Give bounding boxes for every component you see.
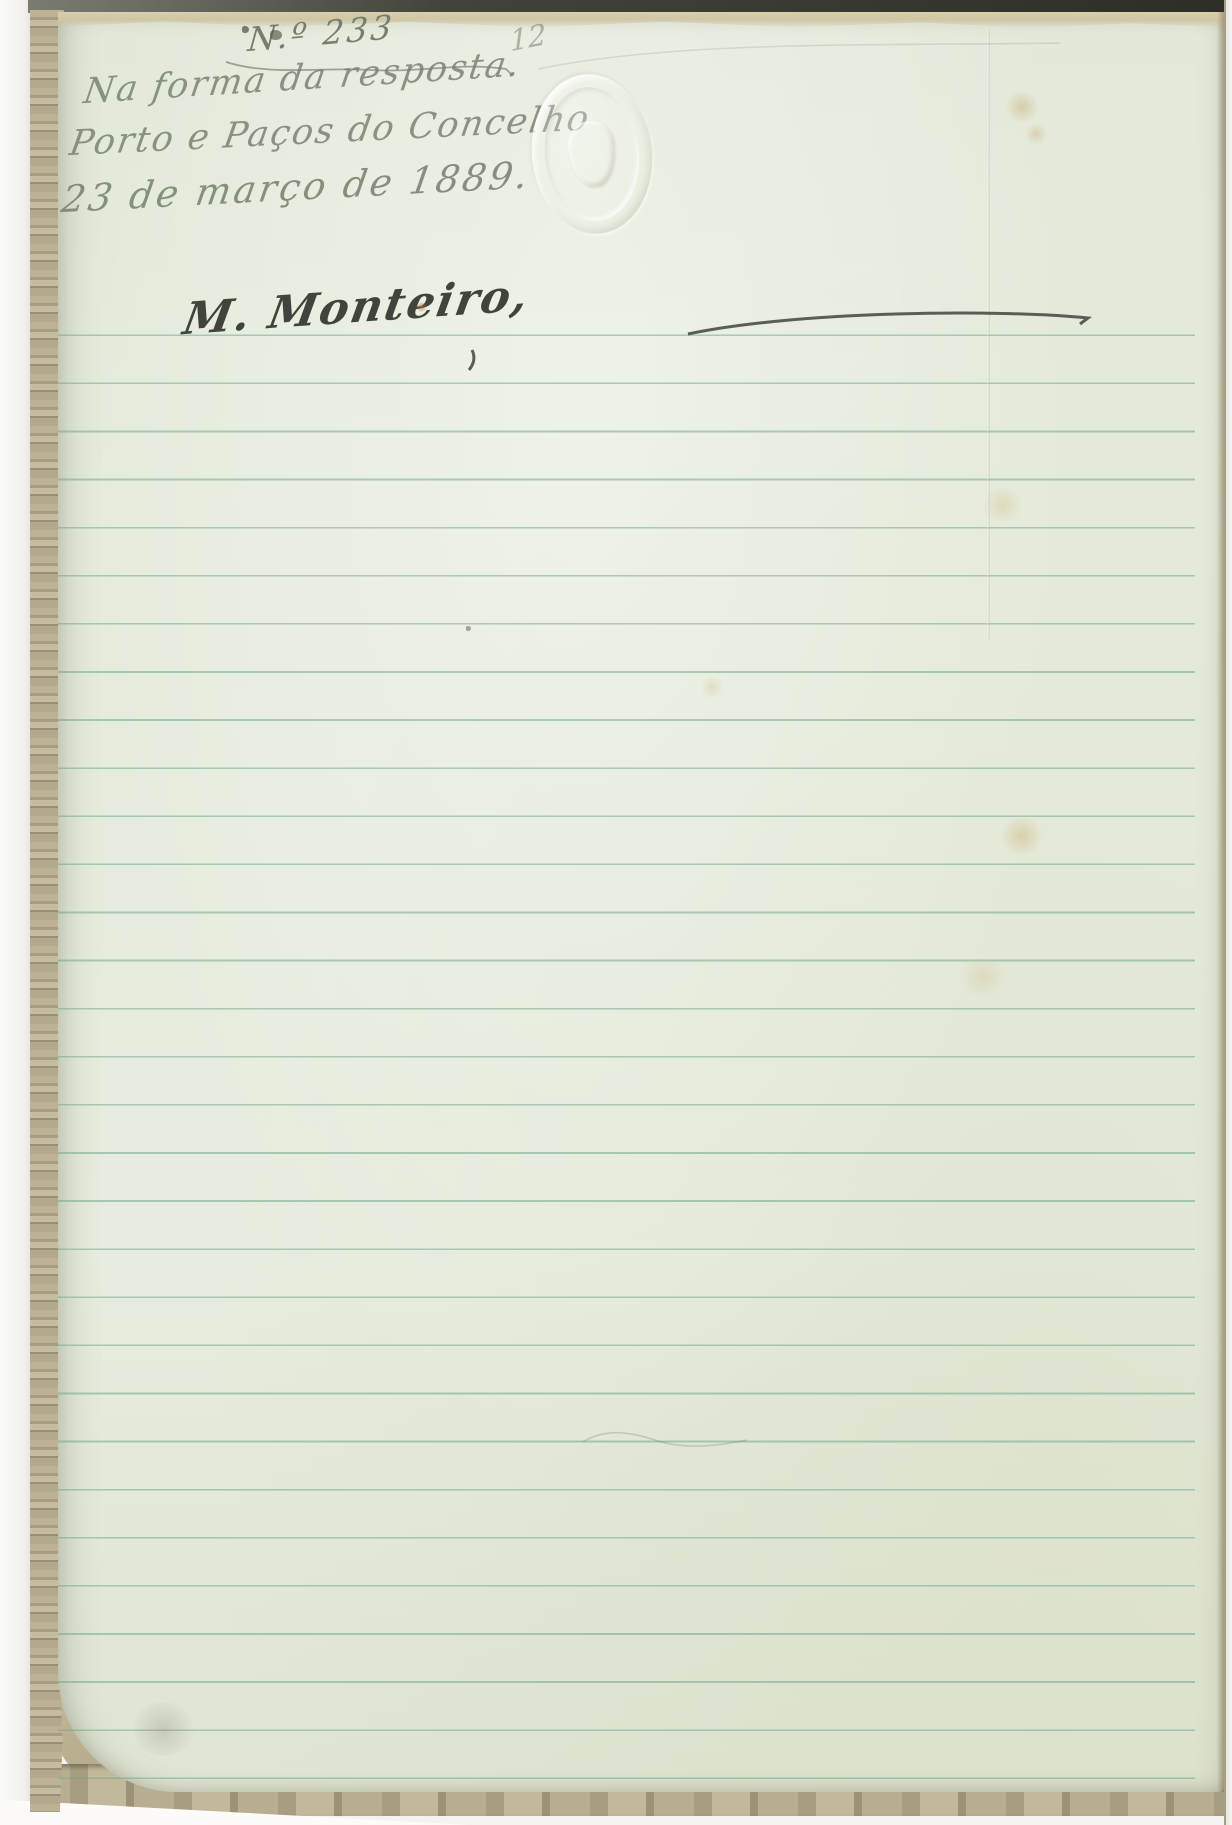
- scanner-right-edge: [1224, 0, 1232, 1825]
- foxing-spot: [698, 676, 726, 698]
- rust-spot: [416, 302, 427, 312]
- ink-speck: [270, 30, 282, 40]
- paper-crease-line: [538, 43, 1060, 69]
- embossed-seal: [524, 68, 660, 240]
- page-top-edge: [58, 12, 1224, 28]
- ledger-page: N.º 233 12 Na forma da resposta. Porto e…: [58, 12, 1224, 1792]
- annotation-line-1: Na forma da resposta.: [81, 44, 524, 112]
- foxing-spot: [1024, 124, 1048, 144]
- annotation-line-3: 23 de março de 1889.: [59, 153, 534, 221]
- foxing-spot: [998, 818, 1046, 854]
- smudge: [128, 1702, 198, 1756]
- page-right-edge: [1217, 12, 1224, 1792]
- ink-speck: [466, 626, 471, 631]
- foxing-spot: [1003, 92, 1041, 122]
- fold-crease: [987, 30, 990, 640]
- foxing-spot: [980, 488, 1026, 522]
- scanned-document: N.º 233 12 Na forma da resposta. Porto e…: [0, 0, 1232, 1825]
- ruled-lines: [58, 288, 1195, 1790]
- ink-speck: [242, 26, 249, 33]
- foxing-spot: [956, 958, 1010, 996]
